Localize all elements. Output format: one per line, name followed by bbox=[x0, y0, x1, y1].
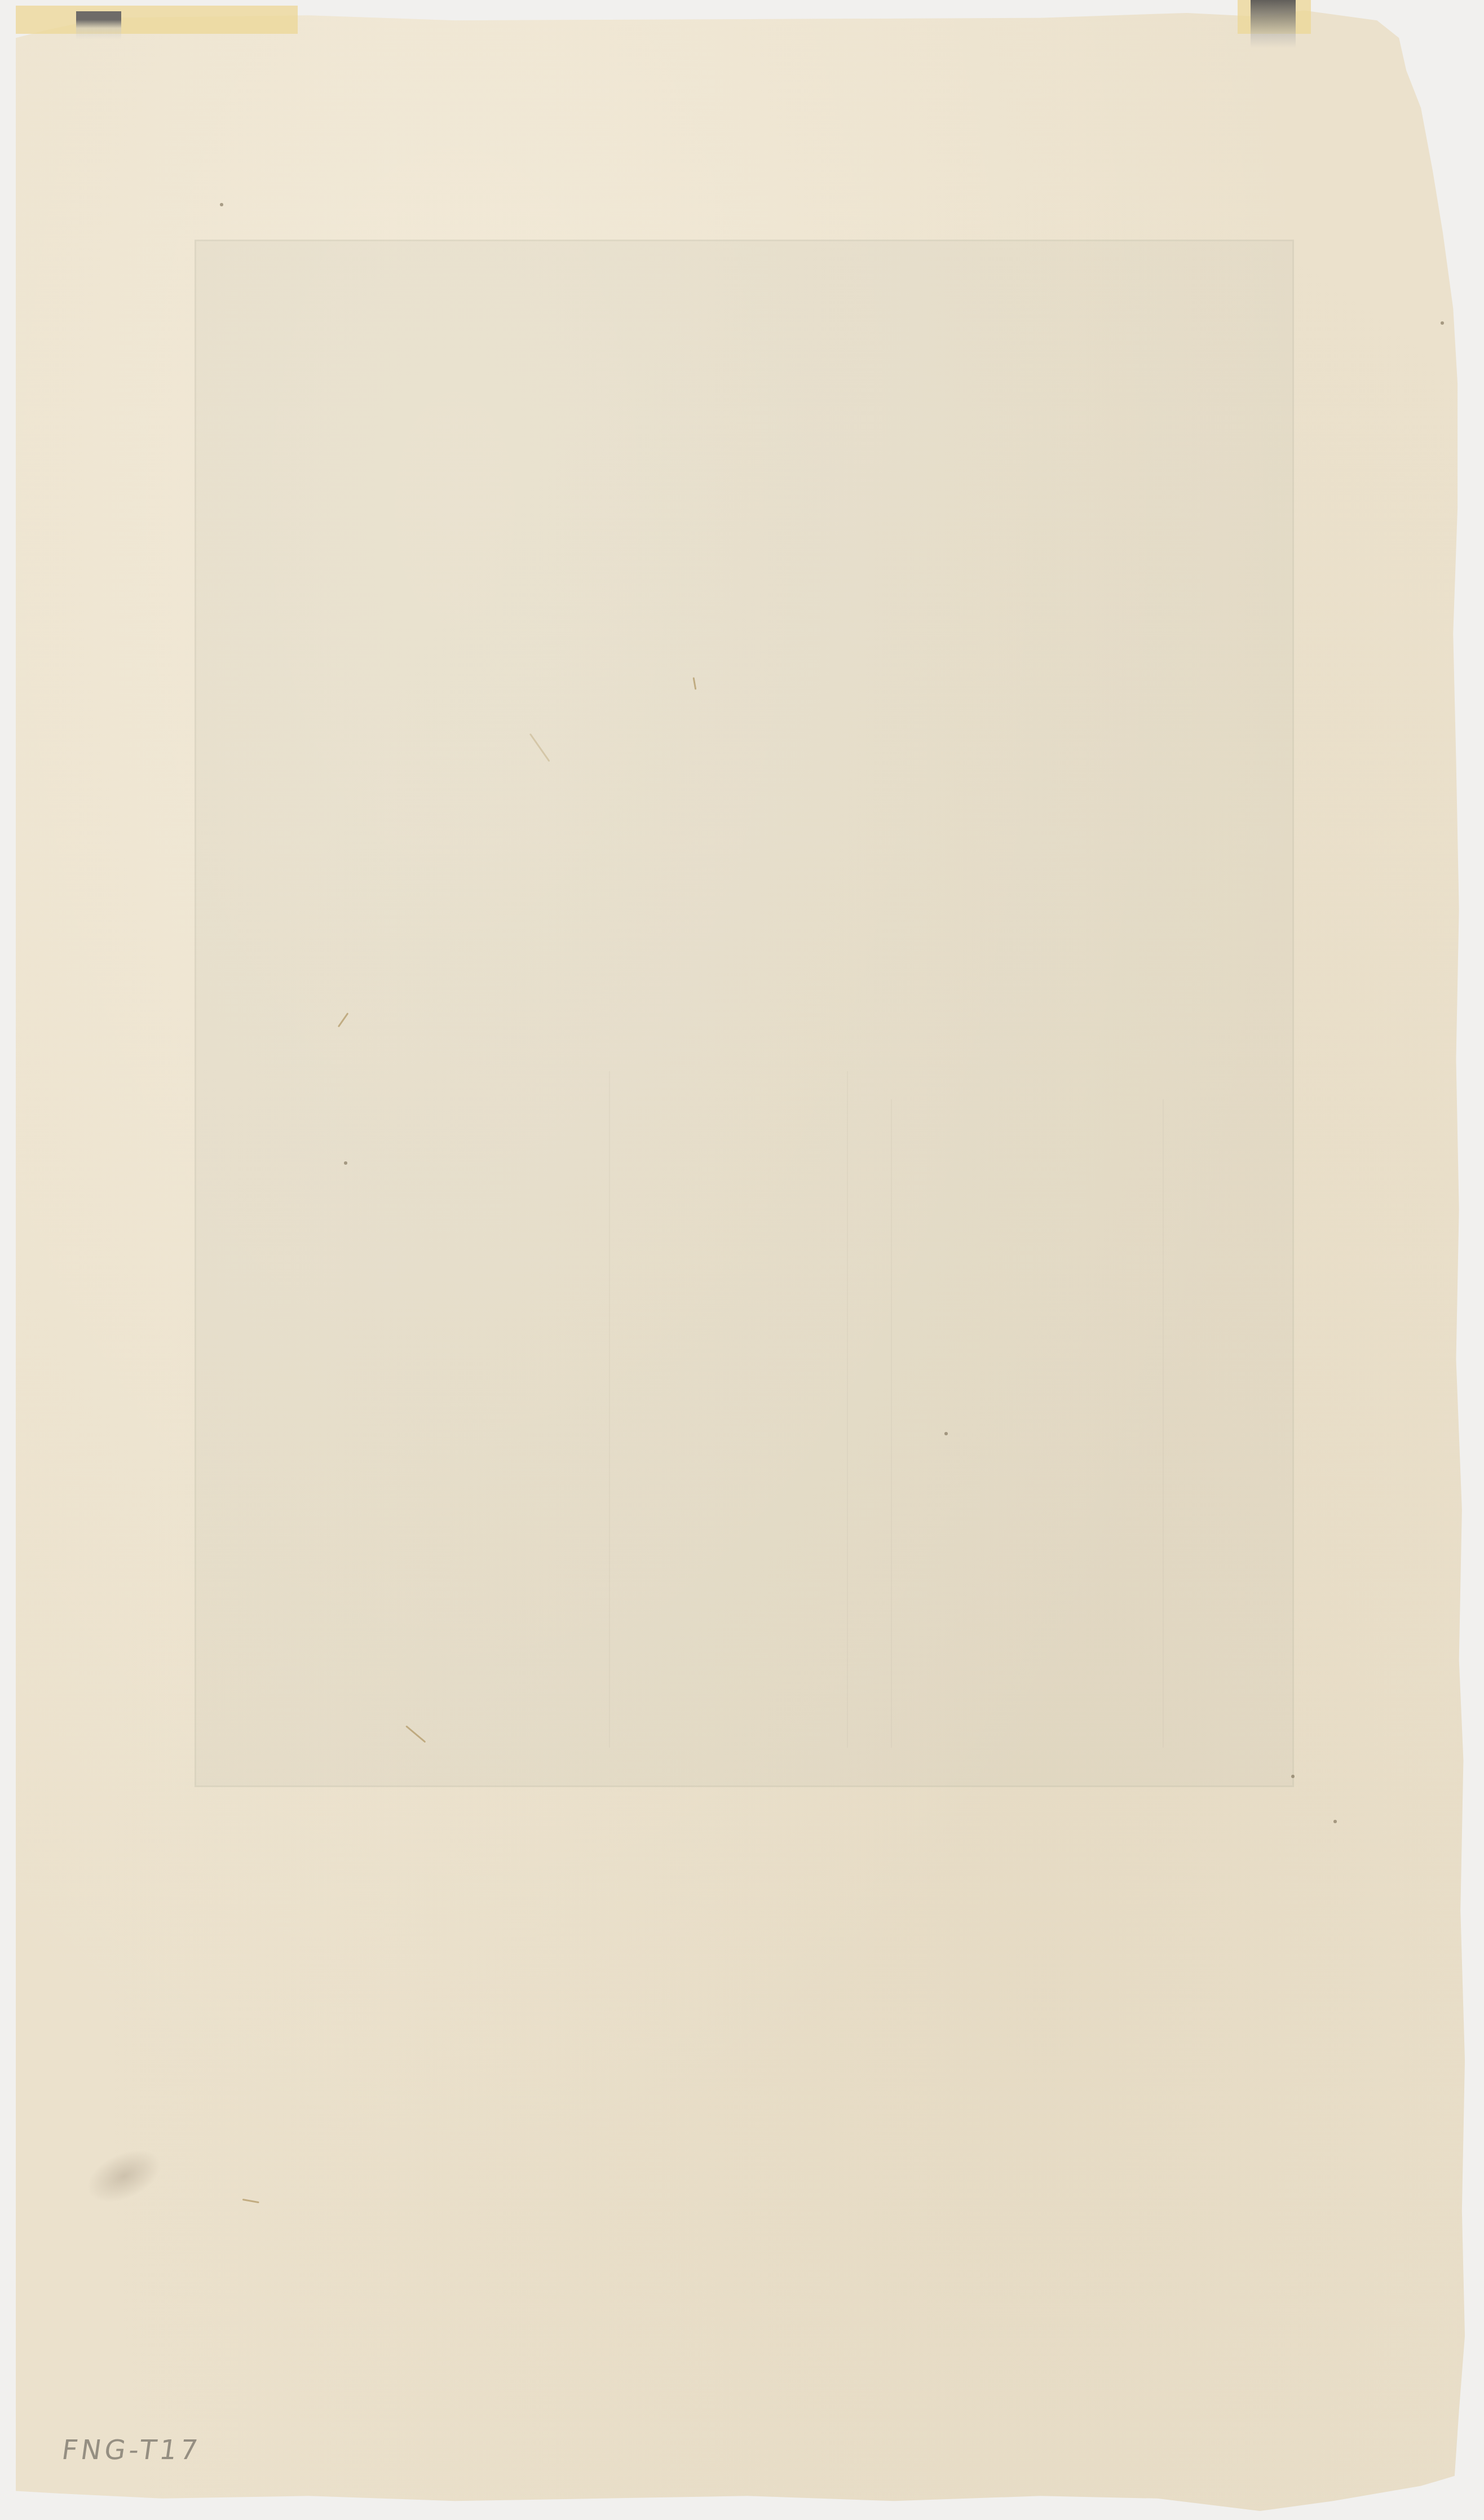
paper-speck bbox=[1291, 1775, 1295, 1778]
tape-strip-left bbox=[16, 6, 298, 34]
paper-speck bbox=[1441, 321, 1444, 325]
showthrough-shape-left bbox=[609, 1071, 848, 1748]
paper-speck bbox=[1333, 1820, 1337, 1823]
paper-speck bbox=[944, 1432, 948, 1435]
paper-speck bbox=[220, 203, 223, 206]
showthrough-shape-right bbox=[891, 1099, 1164, 1748]
paper-speck bbox=[344, 1161, 347, 1165]
hinge-right bbox=[1251, 0, 1296, 48]
hinge-left bbox=[76, 11, 121, 39]
pencil-inscription: FNG-T17 bbox=[60, 2434, 203, 2466]
